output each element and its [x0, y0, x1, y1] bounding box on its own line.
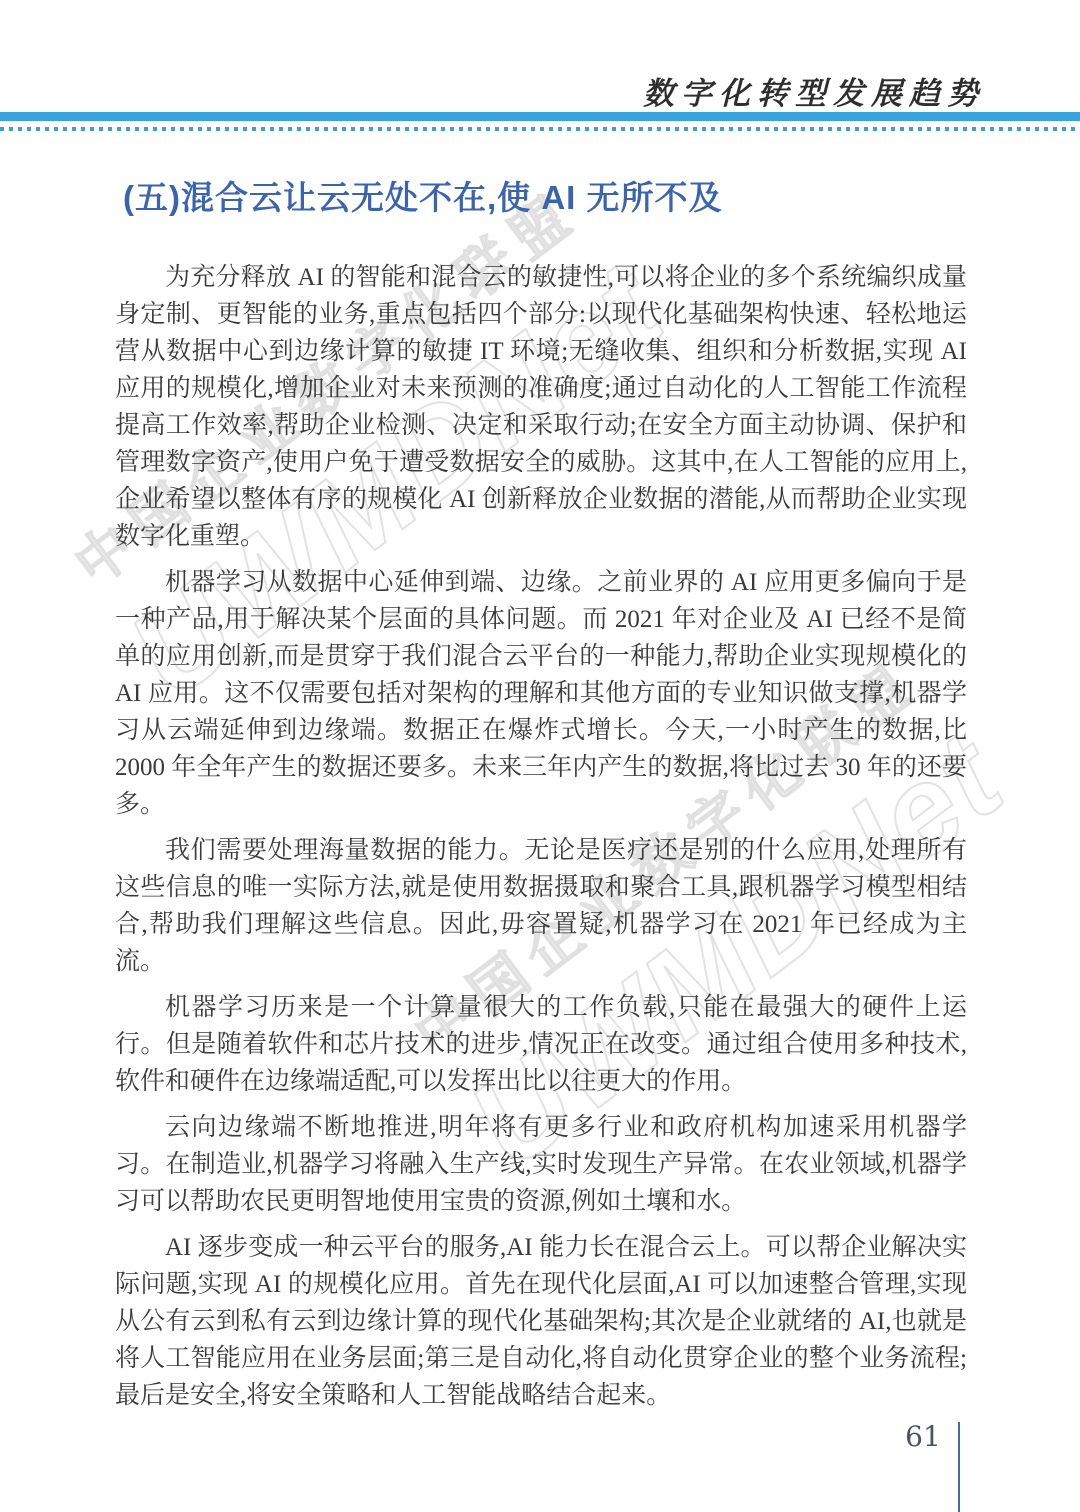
section-title: (五)混合云让云无处不在,使 AI 无所不及 — [123, 172, 967, 219]
body-text: 为充分释放 AI 的智能和混合云的敏捷性,可以将企业的多个系统编织成量身定制、更… — [115, 259, 967, 1414]
body-paragraph: AI 逐步变成一种云平台的服务,AI 能力长在混合云上。可以帮企业解决实际问题,… — [115, 1229, 967, 1414]
document-page: 数字化转型发展趋势 中国企业数字化联盟 UWMDNet 中国企业数字化联盟 UW… — [0, 0, 1080, 1512]
body-paragraph: 云向边缘端不断地推进,明年将有更多行业和政府机构加速采用机器学习。在制造业,机器… — [115, 1109, 967, 1220]
footer-vertical-bar — [958, 1422, 960, 1512]
header-dotted-rule — [0, 127, 1080, 131]
body-paragraph: 我们需要处理海量数据的能力。无论是医疗还是别的什么应用,处理所有这些信息的唯一实… — [115, 832, 967, 980]
running-header-title: 数字化转型发展趋势 — [643, 68, 985, 113]
header-solid-rule — [0, 112, 1080, 121]
page-number: 61 — [898, 1420, 948, 1453]
body-paragraph: 机器学习从数据中心延伸到端、边缘。之前业界的 AI 应用更多偏向于是一种产品,用… — [115, 564, 967, 823]
body-paragraph: 机器学习历来是一个计算量很大的工作负载,只能在最强大的硬件上运行。但是随着软件和… — [115, 989, 967, 1100]
page-content: (五)混合云让云无处不在,使 AI 无所不及 为充分释放 AI 的智能和混合云的… — [115, 172, 967, 1423]
body-paragraph: 为充分释放 AI 的智能和混合云的敏捷性,可以将企业的多个系统编织成量身定制、更… — [115, 259, 967, 555]
